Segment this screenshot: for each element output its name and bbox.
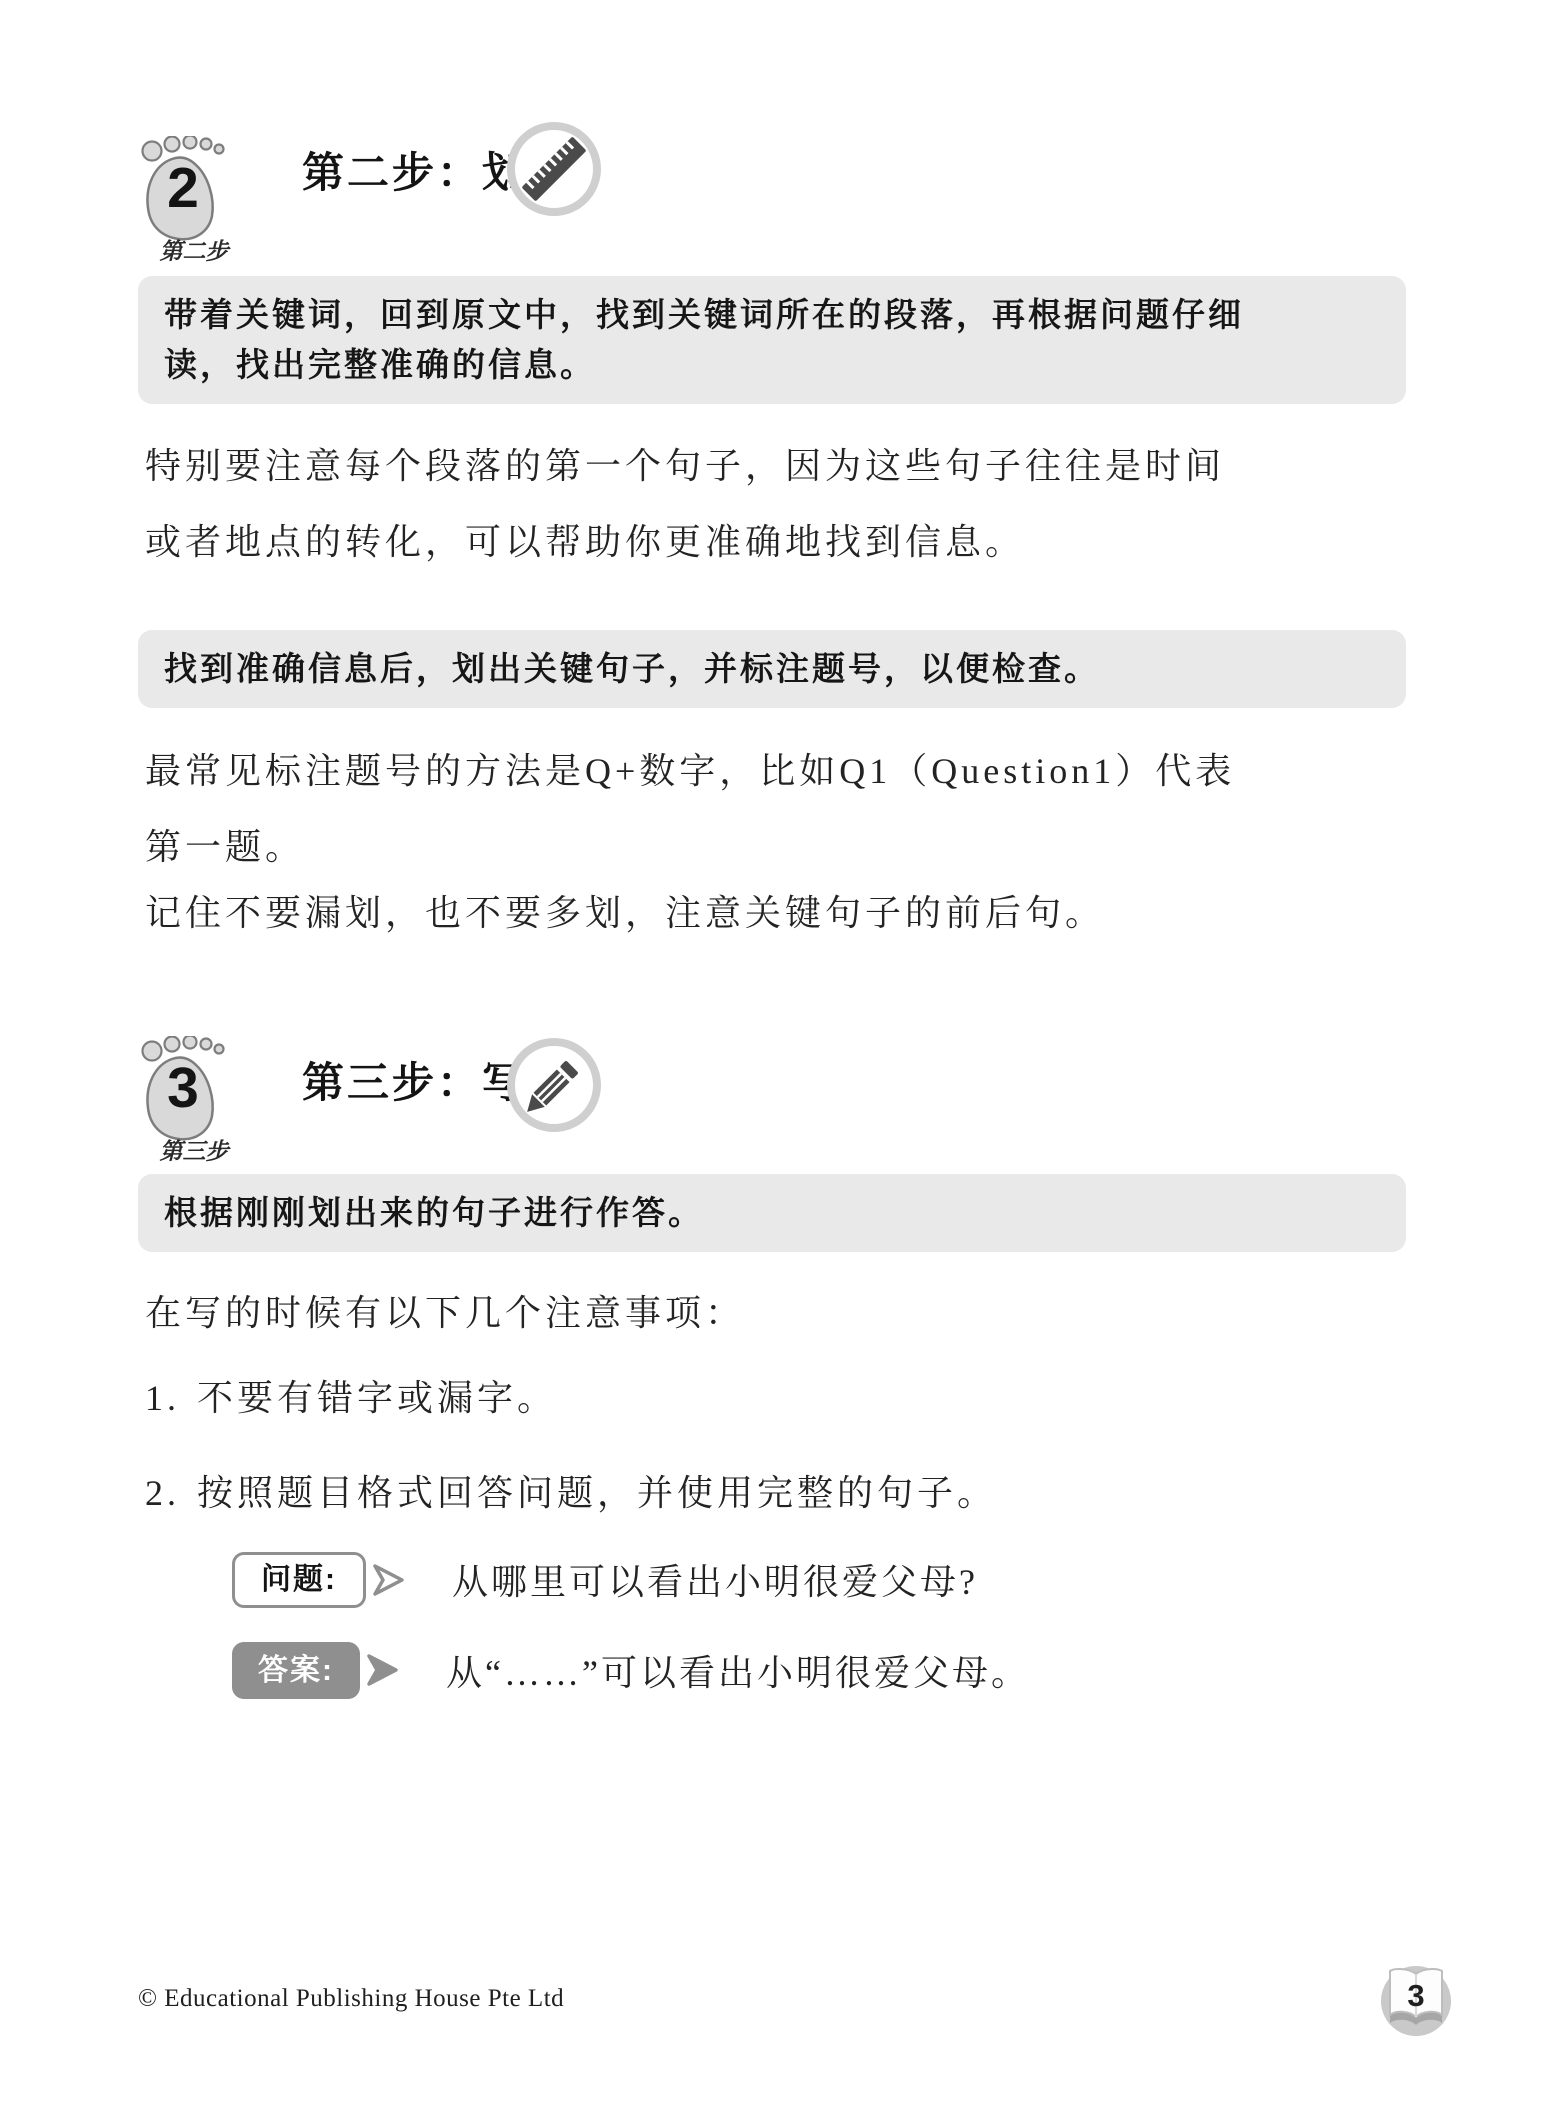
highlight-text: 带着关键词，回到原文中，找到关键词所在的段落，再根据问题仔细读，找出完整准确的信…	[164, 296, 1244, 383]
step-number: 3	[137, 1060, 229, 1117]
highlight-text: 找到准确信息后，划出关键句子，并标注题号，以便检查。	[164, 650, 1100, 687]
speech-arrow-icon	[370, 1559, 408, 1601]
highlight-box-keywords: 带着关键词，回到原文中，找到关键词所在的段落，再根据问题仔细读，找出完整准确的信…	[138, 276, 1406, 404]
footprint-icon: 2 第二步	[135, 136, 253, 272]
step-number: 2	[137, 160, 229, 217]
highlight-box-answer: 根据刚刚划出来的句子进行作答。	[138, 1174, 1406, 1252]
pencil-icon	[505, 1036, 603, 1134]
answer-text: 从“……”可以看出小明很爱父母。	[446, 1645, 1030, 1696]
list-item: 1. 不要有错字或漏字。	[145, 1360, 1415, 1436]
step-label: 第二步	[125, 240, 263, 263]
paragraph-no-over-underline: 记住不要漏划，也不要多划，注意关键句子的前后句。	[145, 875, 1415, 951]
list-item: 2. 按照题目格式回答问题，并使用完整的句子。	[145, 1455, 1415, 1531]
step3-heading: 第三步：写	[302, 1062, 527, 1104]
ruler-icon	[505, 120, 603, 218]
highlight-text: 根据刚刚划出来的句子进行作答。	[164, 1194, 704, 1231]
page-number-badge: 3	[1378, 1958, 1454, 2044]
question-label-bubble: 问题:	[232, 1552, 366, 1608]
paragraph-q-numbering: 最常见标注题号的方法是Q+数字，比如Q1（Question1）代表第一题。	[145, 733, 1255, 885]
page-number: 3	[1378, 1980, 1454, 2011]
question-row: 问题: 从哪里可以看出小明很爱父母?	[232, 1552, 978, 1608]
speech-arrow-icon	[364, 1649, 402, 1691]
answer-row: 答案: 从“……”可以看出小明很爱父母。	[232, 1642, 1030, 1699]
question-text: 从哪里可以看出小明很爱父母?	[452, 1554, 978, 1605]
list-number: 1.	[145, 1360, 197, 1436]
paragraph-writing-notes: 在写的时候有以下几个注意事项：	[145, 1275, 1415, 1351]
step2-heading: 第二步：划	[302, 152, 527, 194]
step-label: 第三步	[125, 1140, 263, 1163]
copyright-text: © Educational Publishing House Pte Ltd	[138, 1985, 564, 2013]
answer-label-bubble: 答案:	[232, 1642, 360, 1699]
highlight-box-underline: 找到准确信息后，划出关键句子，并标注题号，以便检查。	[138, 630, 1406, 708]
list-text: 不要有错字或漏字。	[197, 1360, 557, 1436]
list-number: 2.	[145, 1455, 197, 1531]
list-text: 按照题目格式回答问题，并使用完整的句子。	[197, 1455, 997, 1531]
footprint-icon: 3 第三步	[135, 1036, 253, 1172]
textbook-page: 2 第二步 第二步：划 带着关键词，回到原文中，找到关键词所在的段落，再根据问题…	[0, 0, 1555, 2106]
paragraph-first-sentence-tip: 特别要注意每个段落的第一个句子，因为这些句子往往是时间或者地点的转化，可以帮助你…	[145, 428, 1240, 580]
